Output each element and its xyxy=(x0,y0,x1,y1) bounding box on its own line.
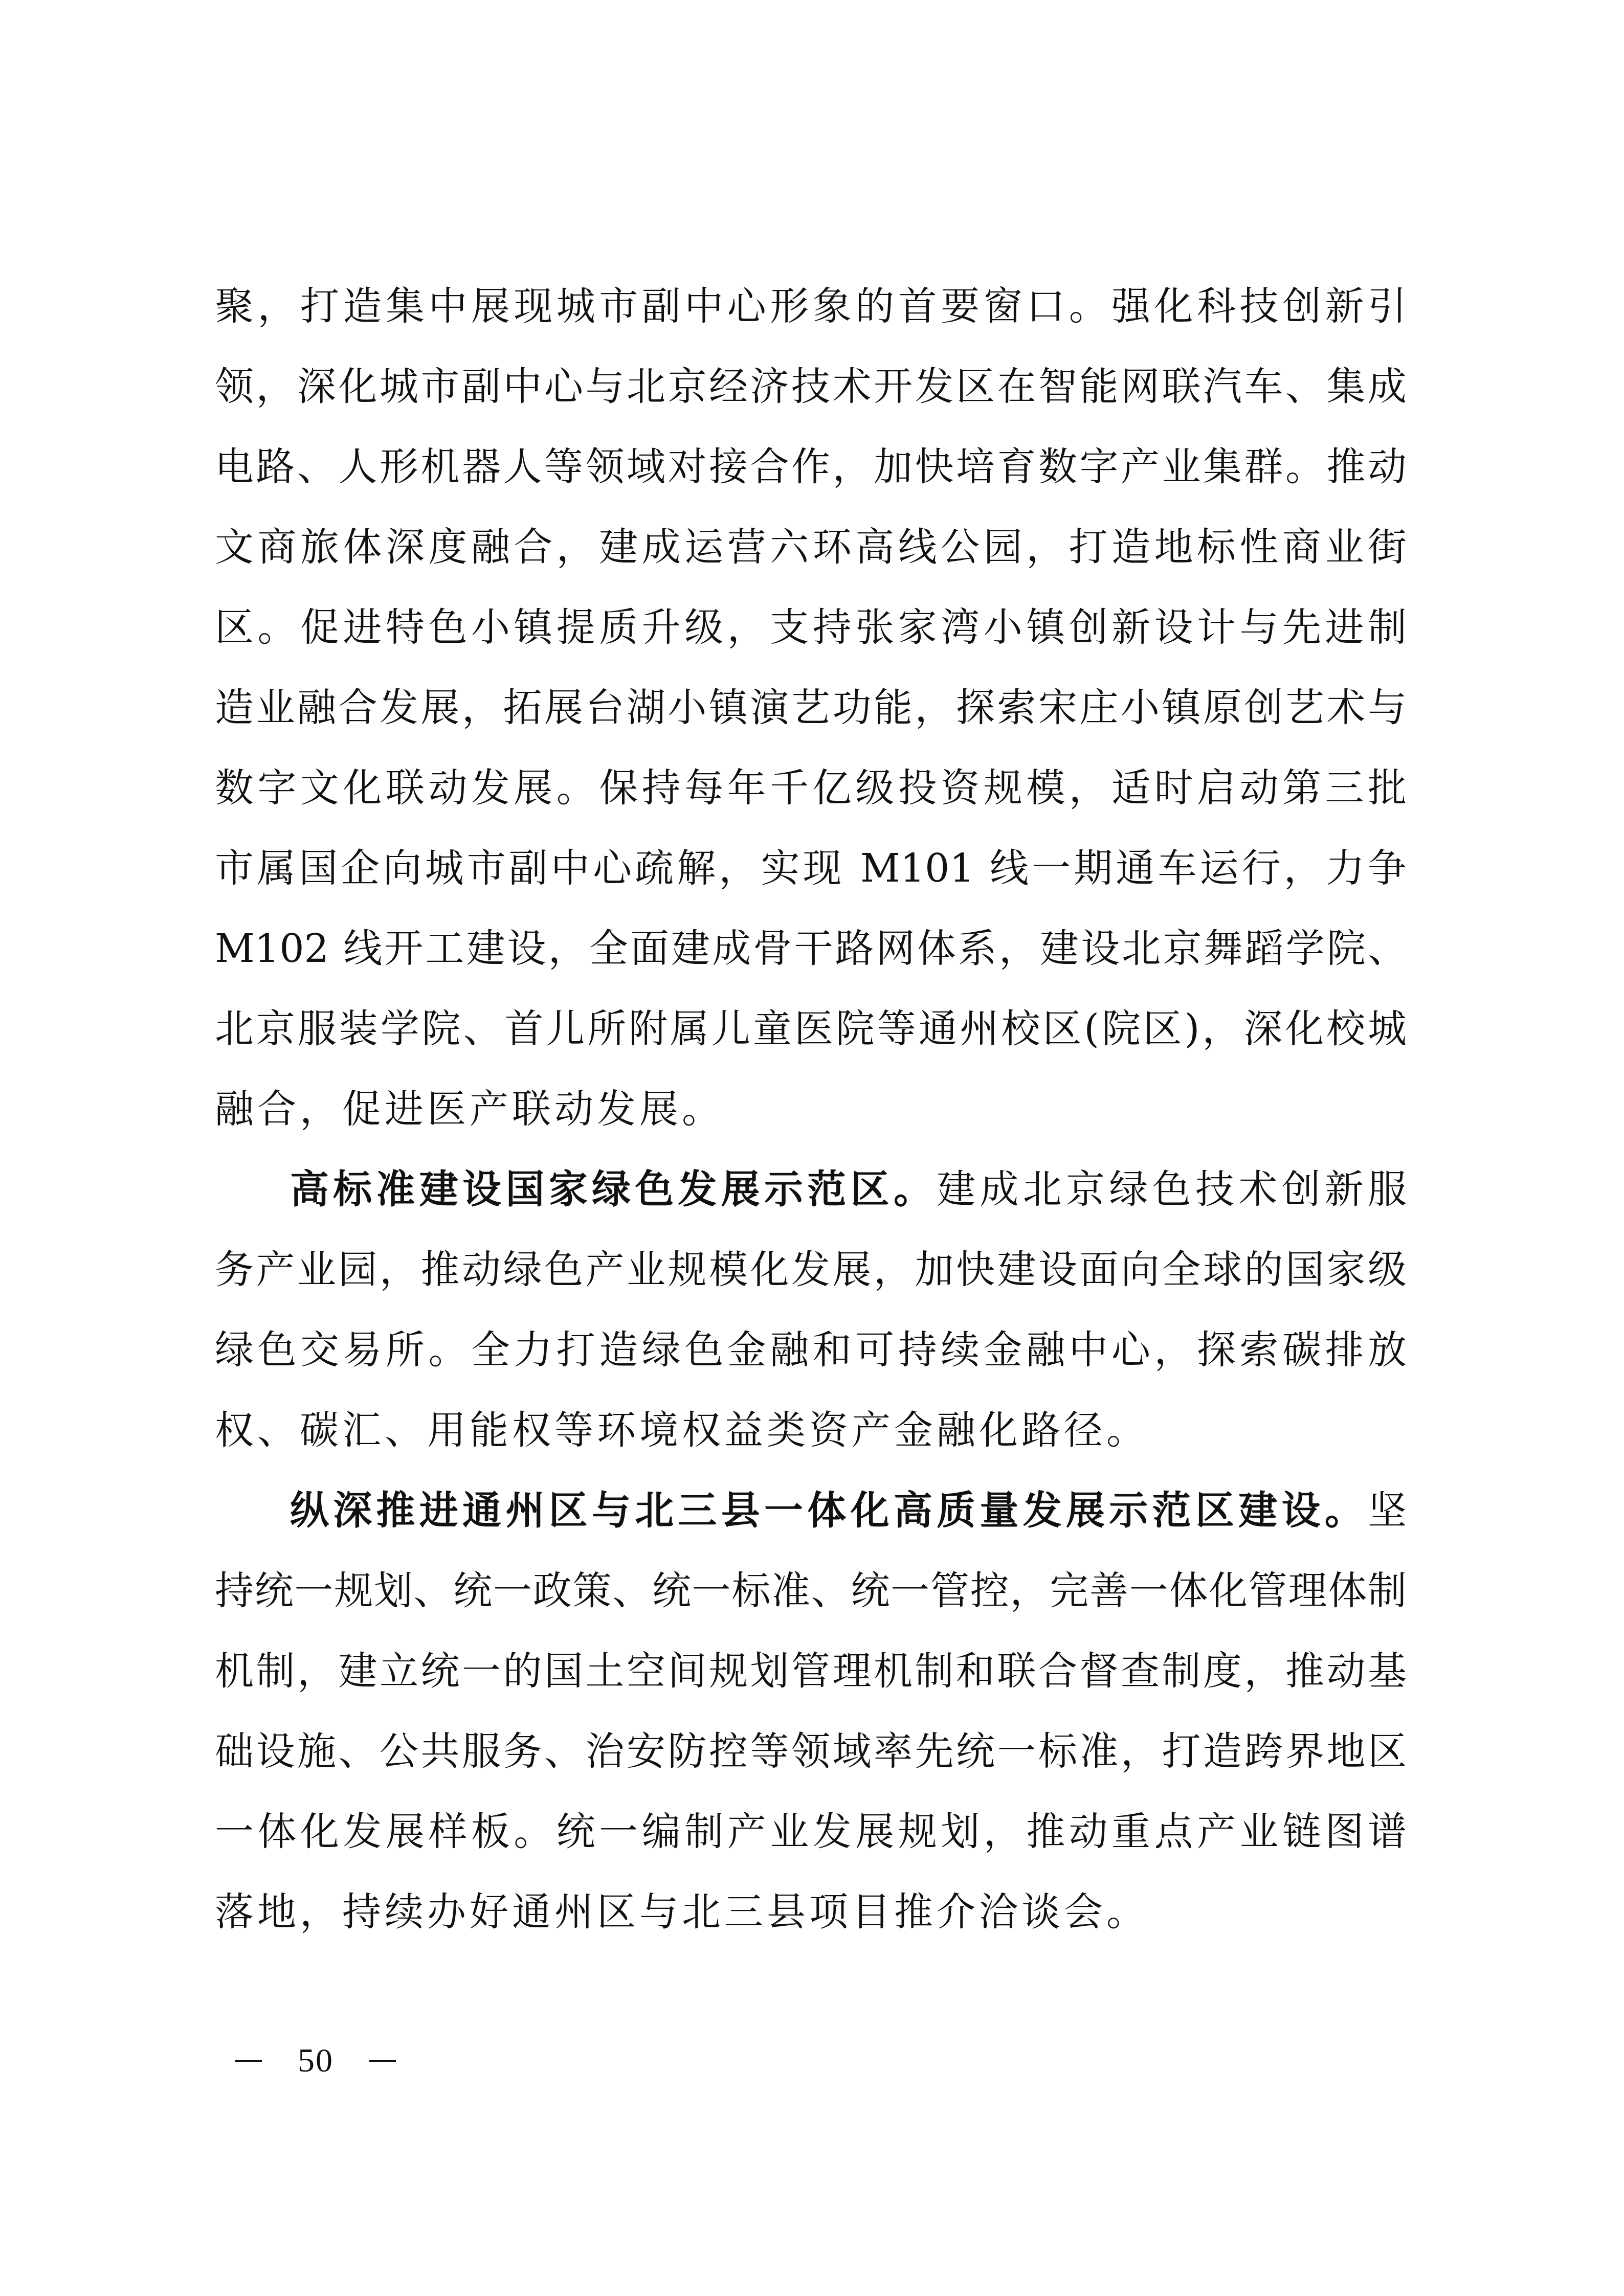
paragraph-3-line-6: 落地，持续办好通州区与北三县项目推介洽谈会。 xyxy=(215,1872,1407,1952)
paragraph-1-line-1: 聚，打造集中展现城市副中心形象的首要窗口。强化科技创新引 xyxy=(215,266,1407,346)
paragraph-1-line-2: 领，深化城市副中心与北京经济技术开发区在智能网联汽车、集成 xyxy=(215,346,1407,426)
paragraph-1-line-11: 融合，促进医产联动发展。 xyxy=(215,1069,1407,1149)
paragraph-1-line-5: 区。促进特色小镇提质升级，支持张家湾小镇创新设计与先进制 xyxy=(215,587,1407,667)
paragraph-2-line-1-text: 建成北京绿色技术创新服 xyxy=(937,1166,1407,1212)
paragraph-3-line-5: 一体化发展样板。统一编制产业发展规划，推动重点产业链图谱 xyxy=(215,1791,1407,1872)
paragraph-3-line-3: 机制，建立统一的国土空间规划管理机制和联合督查制度，推动基 xyxy=(215,1631,1407,1711)
body-text: 聚，打造集中展现城市副中心形象的首要窗口。强化科技创新引 领，深化城市副中心与北… xyxy=(215,266,1407,1952)
paragraph-2-heading: 高标准建设国家绿色发展示范区。 xyxy=(290,1166,937,1212)
paragraph-2-line-1: 高标准建设国家绿色发展示范区。建成北京绿色技术创新服 xyxy=(215,1149,1407,1229)
page-footer: 50 xyxy=(235,2038,396,2084)
paragraph-3-line-1-text: 坚 xyxy=(1368,1488,1407,1533)
paragraph-3-line-1: 纵深推进通州区与北三县一体化高质量发展示范区建设。坚 xyxy=(215,1470,1407,1550)
paragraph-1-line-3: 电路、人形机器人等领域对接合作，加快培育数字产业集群。推动 xyxy=(215,426,1407,507)
paragraph-1-line-10: 北京服装学院、首儿所附属儿童医院等通州校区(院区)，深化校城 xyxy=(215,988,1407,1069)
paragraph-3-heading: 纵深推进通州区与北三县一体化高质量发展示范区建设。 xyxy=(290,1488,1368,1533)
paragraph-2-line-3: 绿色交易所。全力打造绿色金融和可持续金融中心，探索碳排放 xyxy=(215,1310,1407,1390)
footer-right-dash xyxy=(369,2060,396,2062)
page-number: 50 xyxy=(298,2041,333,2080)
paragraph-2-line-4: 权、碳汇、用能权等环境权益类资产金融化路径。 xyxy=(215,1390,1407,1470)
footer-left-dash xyxy=(235,2060,262,2062)
paragraph-2-line-2: 务产业园，推动绿色产业规模化发展，加快建设面向全球的国家级 xyxy=(215,1229,1407,1310)
paragraph-1-line-7: 数字文化联动发展。保持每年千亿级投资规模，适时启动第三批 xyxy=(215,748,1407,828)
paragraph-1-line-8: 市属国企向城市副中心疏解，实现 M101 线一期通车运行，力争 xyxy=(215,828,1407,908)
paragraph-1-line-6: 造业融合发展，拓展台湖小镇演艺功能，探索宋庄小镇原创艺术与 xyxy=(215,667,1407,748)
paragraph-1-line-4: 文商旅体深度融合，建成运营六环高线公园，打造地标性商业街 xyxy=(215,507,1407,587)
document-page: 聚，打造集中展现城市副中心形象的首要窗口。强化科技创新引 领，深化城市副中心与北… xyxy=(0,0,1624,2296)
paragraph-1-line-9: M102 线开工建设，全面建成骨干路网体系，建设北京舞蹈学院、 xyxy=(215,908,1407,988)
paragraph-3-line-2: 持统一规划、统一政策、统一标准、统一管控，完善一体化管理体制 xyxy=(215,1550,1407,1631)
paragraph-3-line-4: 础设施、公共服务、治安防控等领域率先统一标准，打造跨界地区 xyxy=(215,1711,1407,1791)
